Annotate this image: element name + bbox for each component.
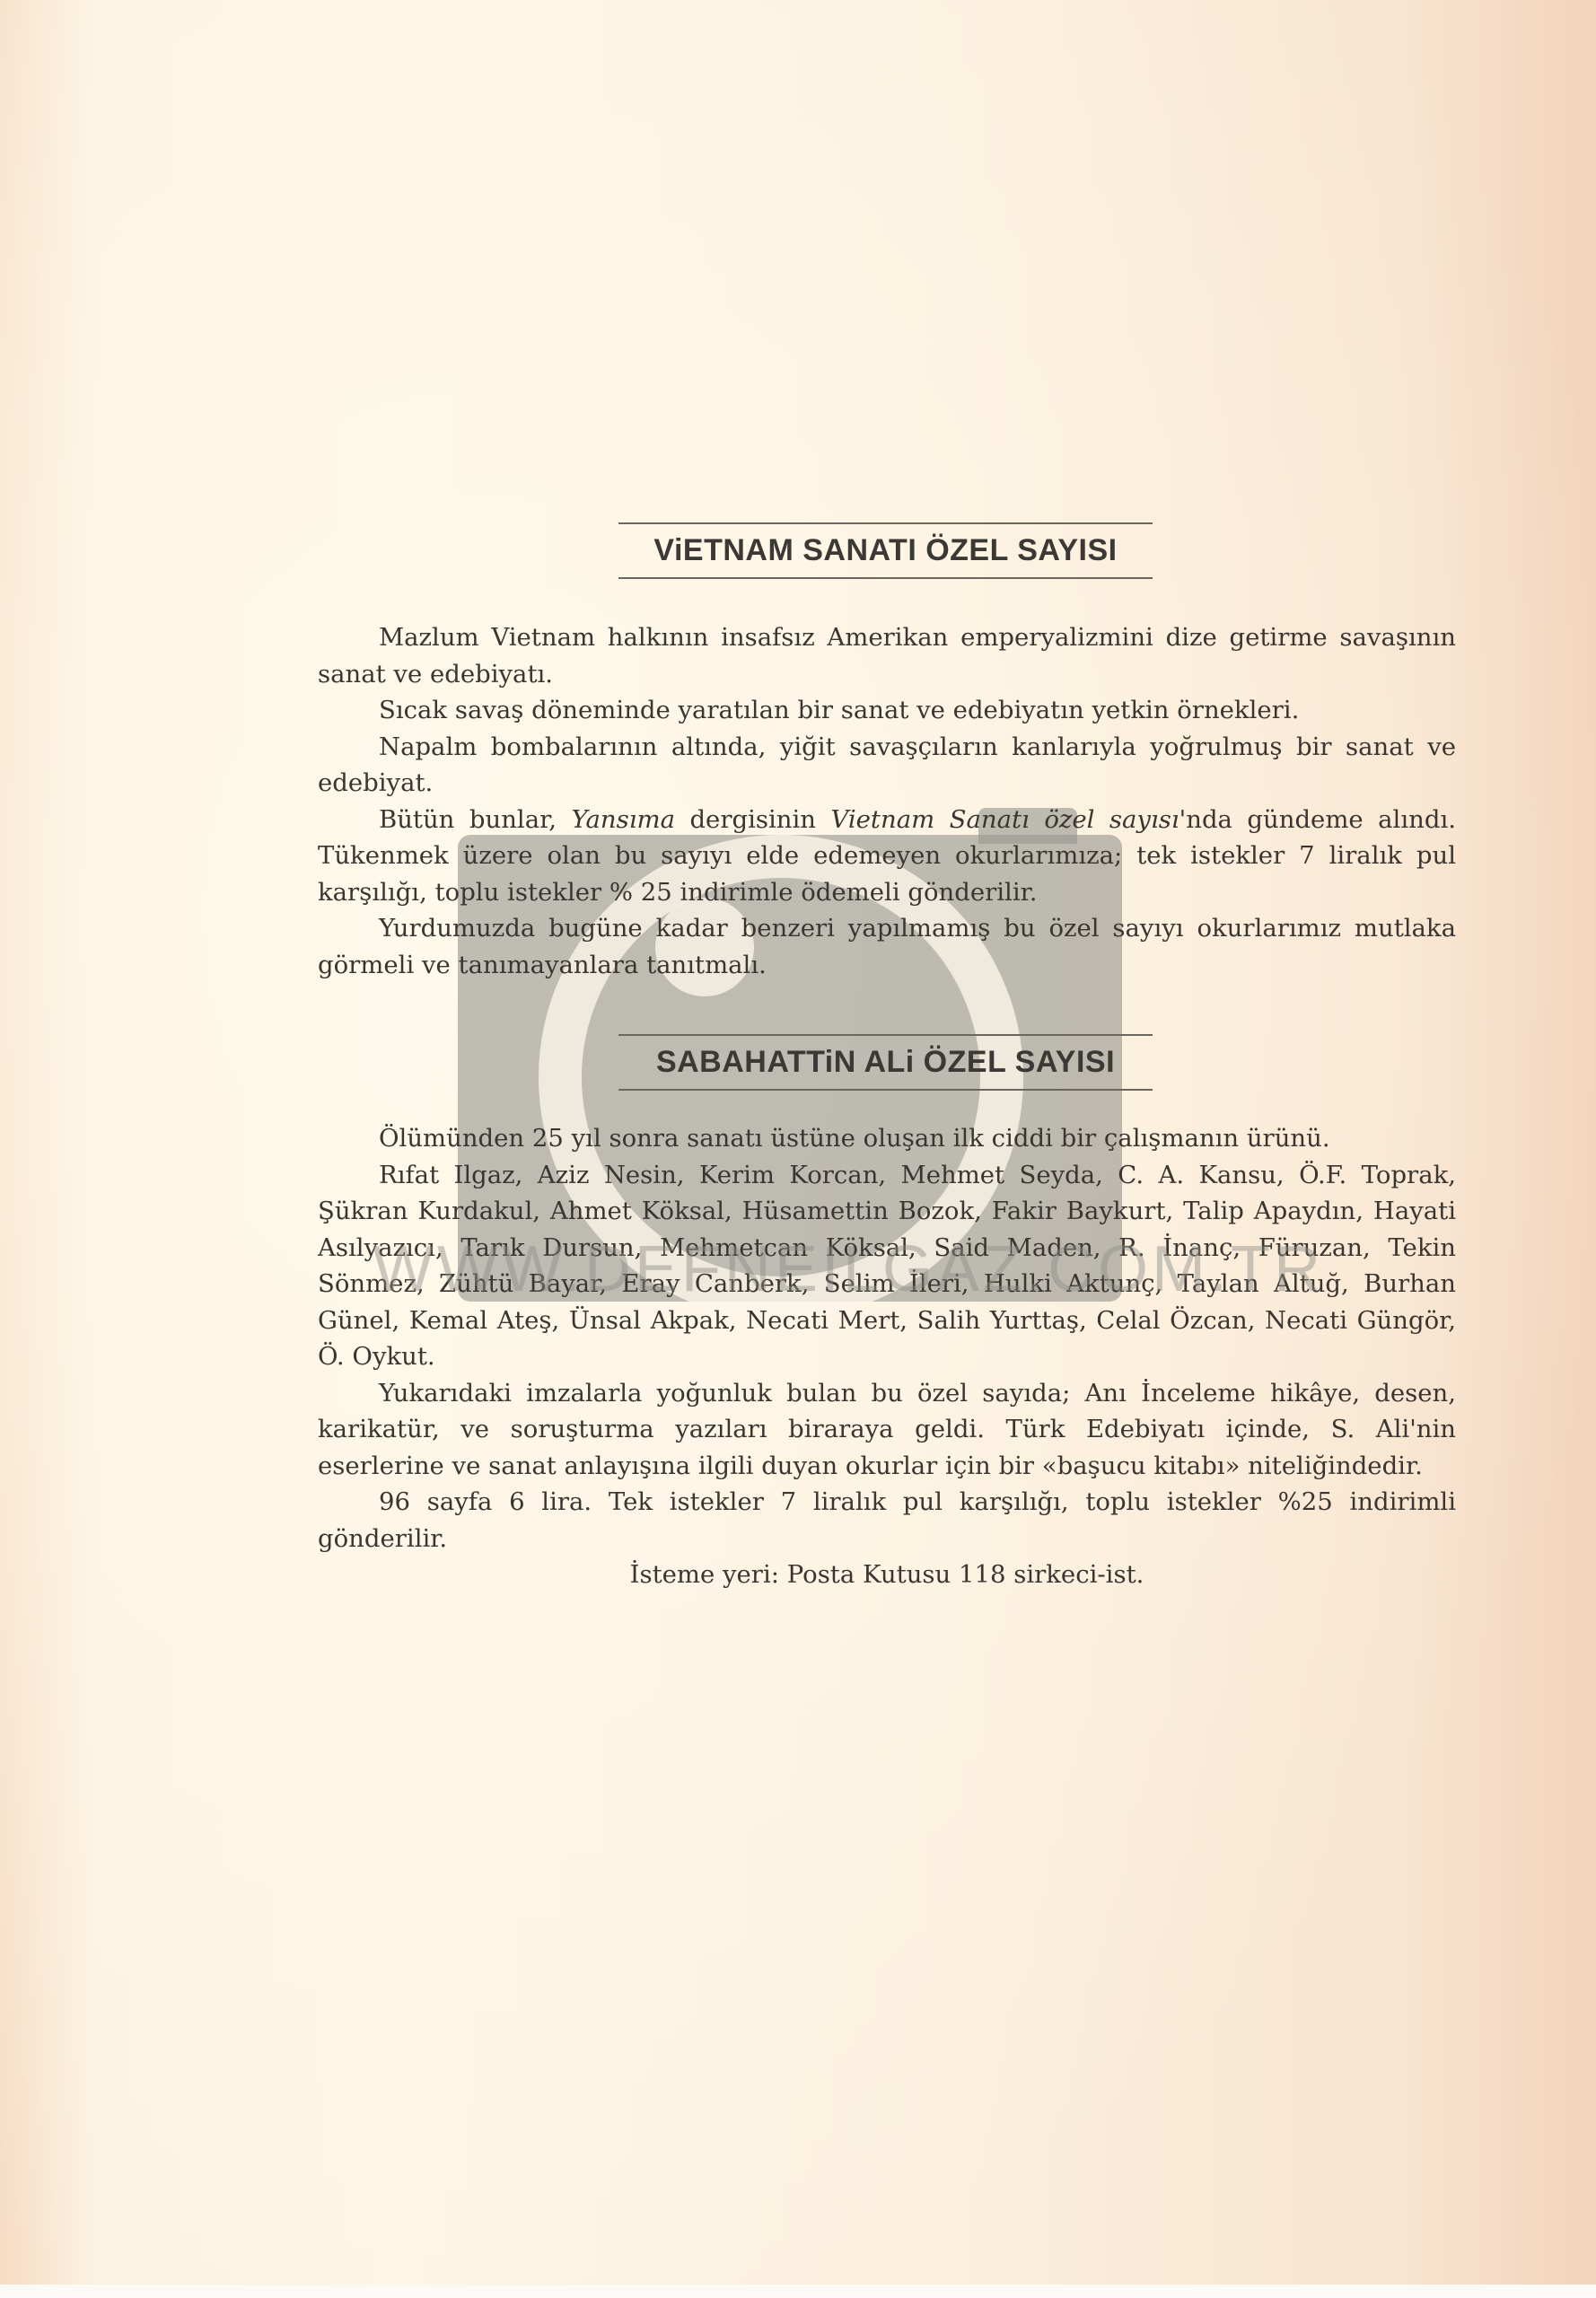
section-heading-sabahattin-ali: SABAHATTiN ALi ÖZEL SAYISI bbox=[618, 1034, 1153, 1091]
text: dergisinin bbox=[675, 805, 831, 834]
scan-edge bbox=[0, 2285, 1596, 2298]
paragraph: Bütün bunlar, Yansıma dergisinin Vietnam… bbox=[318, 802, 1456, 911]
section-sabahattin-text: Ölümünden 25 yıl sonra sanatı üstüne olu… bbox=[318, 1120, 1456, 1593]
magazine-title: Yansıma bbox=[571, 805, 675, 834]
section-heading-vietnam: ViETNAM SANATI ÖZEL SAYISI bbox=[618, 522, 1153, 579]
paragraph: Mazlum Vietnam halkının insafsız Amerika… bbox=[318, 619, 1456, 692]
issue-title: Vietnam Sanatı özel sayısı bbox=[830, 805, 1179, 834]
section-vietnam-text: Mazlum Vietnam halkının insafsız Amerika… bbox=[318, 619, 1456, 983]
paragraph: Napalm bombalarının altında, yiğit savaş… bbox=[318, 729, 1456, 802]
paragraph: Sıcak savaş döneminde yaratılan bir sana… bbox=[318, 692, 1456, 729]
text: Bütün bunlar, bbox=[379, 805, 571, 834]
paragraph: Yurdumuzda bugüne kadar benzeri yapılmam… bbox=[318, 910, 1456, 983]
paragraph: Yukarıdaki imzalarla yoğunluk bulan bu ö… bbox=[318, 1375, 1456, 1485]
paragraph: Ölümünden 25 yıl sonra sanatı üstüne olu… bbox=[318, 1120, 1456, 1157]
price-paragraph: 96 sayfa 6 lira. Tek istekler 7 liralık … bbox=[318, 1484, 1456, 1557]
order-address: İsteme yeri: Posta Kutusu 118 sirkeci-is… bbox=[318, 1557, 1456, 1593]
watermark-text: WWW.DEFNEILGAZ.COM.TR bbox=[373, 1237, 1180, 1302]
